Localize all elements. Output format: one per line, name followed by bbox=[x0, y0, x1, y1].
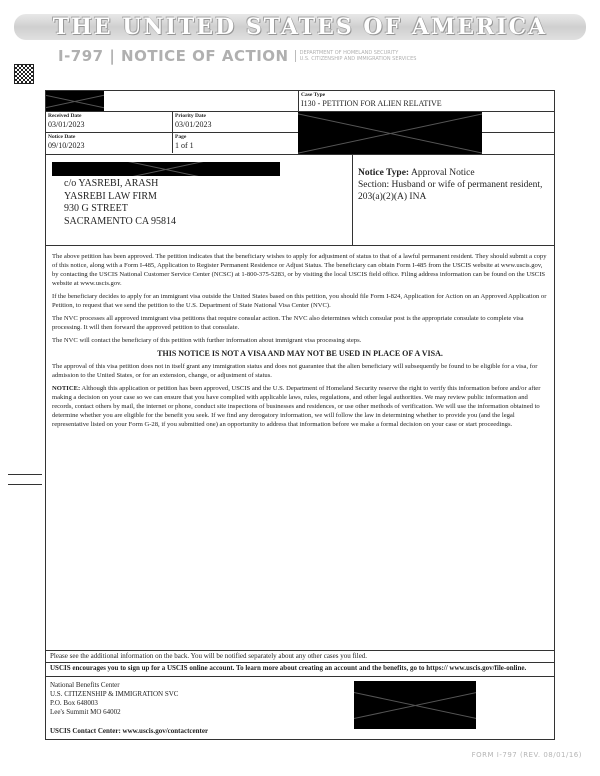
office-line2: U.S. CITIZENSHIP & IMMIGRATION SVC bbox=[50, 690, 350, 699]
department: DEPARTMENT OF HOMELAND SECURITY U.S. CIT… bbox=[295, 50, 417, 62]
fold-mark bbox=[8, 484, 42, 485]
paragraph-6: Although this application or petition ha… bbox=[52, 385, 540, 428]
address-line4: SACRAMENTO CA 95814 bbox=[64, 216, 352, 229]
redacted-receipt bbox=[46, 91, 104, 111]
fold-mark bbox=[8, 474, 42, 475]
notice-date-value: 09/10/2023 bbox=[48, 141, 170, 150]
office-line4: Lee's Summit MO 64002 bbox=[50, 708, 350, 717]
additional-info: Please see the additional information on… bbox=[46, 651, 554, 663]
office-line3: P.O. Box 648003 bbox=[50, 699, 350, 708]
form-title: I-797 | NOTICE OF ACTION bbox=[58, 47, 289, 65]
notice-section: Section: Husband or wife of permanent re… bbox=[358, 179, 554, 203]
redacted-barcode bbox=[354, 681, 476, 729]
redacted-name bbox=[52, 162, 280, 176]
received-date-value: 03/01/2023 bbox=[48, 120, 170, 129]
page-label: Page bbox=[175, 134, 296, 141]
online-account-info: USCIS encourages you to sign up for a US… bbox=[46, 663, 554, 677]
priority-date-label: Priority Date bbox=[175, 113, 296, 120]
notice-date: Notice Date 09/10/2023 bbox=[46, 133, 173, 153]
case-type: Case Type I130 - PETITION FOR ALIEN RELA… bbox=[299, 91, 554, 111]
office-address: National Benefits Center U.S. CITIZENSHI… bbox=[46, 677, 354, 725]
redacted-beneficiary bbox=[298, 112, 482, 154]
priority-date: Priority Date 03/01/2023 bbox=[173, 112, 298, 132]
received-date: Received Date 03/01/2023 bbox=[46, 112, 173, 132]
paragraph-4: The NVC will contact the beneficiary of … bbox=[52, 336, 548, 345]
notice-type-label: Notice Type: bbox=[358, 168, 409, 178]
notice-date-label: Notice Date bbox=[48, 134, 170, 141]
visa-warning: THIS NOTICE IS NOT A VISA AND MAY NOT BE… bbox=[52, 349, 548, 358]
notice-frame: Case Type I130 - PETITION FOR ALIEN RELA… bbox=[45, 90, 555, 740]
qr-code-icon bbox=[14, 64, 34, 84]
paragraph-3: The NVC processes all approved immigrant… bbox=[52, 314, 548, 332]
received-date-label: Received Date bbox=[48, 113, 170, 120]
address-line1: c/o YASREBI, ARASH bbox=[64, 178, 352, 191]
banner: THE UNITED STATES OF AMERICA bbox=[14, 14, 586, 40]
dept-line2: U.S. CITIZENSHIP AND IMMIGRATION SERVICE… bbox=[300, 56, 417, 62]
notice-type-box: Notice Type: Approval Notice Section: Hu… bbox=[353, 155, 554, 245]
paragraph-1: The above petition has been approved. Th… bbox=[52, 252, 548, 288]
paragraph-2: If the beneficiary decides to apply for … bbox=[52, 292, 548, 310]
office-line1: National Benefits Center bbox=[50, 681, 350, 690]
page-value: 1 of 1 bbox=[175, 141, 296, 150]
paragraph-5: The approval of this visa petition does … bbox=[52, 362, 548, 380]
page-number: Page 1 of 1 bbox=[173, 133, 298, 153]
form-revision: FORM I-797 (REV. 08/01/16) bbox=[472, 751, 582, 759]
address-line3: 930 G STREET bbox=[64, 203, 352, 216]
notice-label: NOTICE: bbox=[52, 385, 80, 392]
contact-center: USCIS Contact Center: www.uscis.gov/cont… bbox=[46, 725, 554, 739]
notice-type-value: Approval Notice bbox=[411, 168, 475, 178]
case-type-value: I130 - PETITION FOR ALIEN RELATIVE bbox=[301, 99, 552, 108]
banner-text: THE UNITED STATES OF AMERICA bbox=[53, 14, 547, 40]
priority-date-value: 03/01/2023 bbox=[175, 120, 296, 129]
case-type-label: Case Type bbox=[301, 92, 552, 99]
address-line2: YASREBI LAW FIRM bbox=[64, 191, 352, 204]
notice-body: The above petition has been approved. Th… bbox=[46, 246, 554, 651]
mailing-address: c/o YASREBI, ARASH YASREBI LAW FIRM 930 … bbox=[46, 155, 353, 245]
form-header: I-797 | NOTICE OF ACTION DEPARTMENT OF H… bbox=[58, 47, 416, 65]
